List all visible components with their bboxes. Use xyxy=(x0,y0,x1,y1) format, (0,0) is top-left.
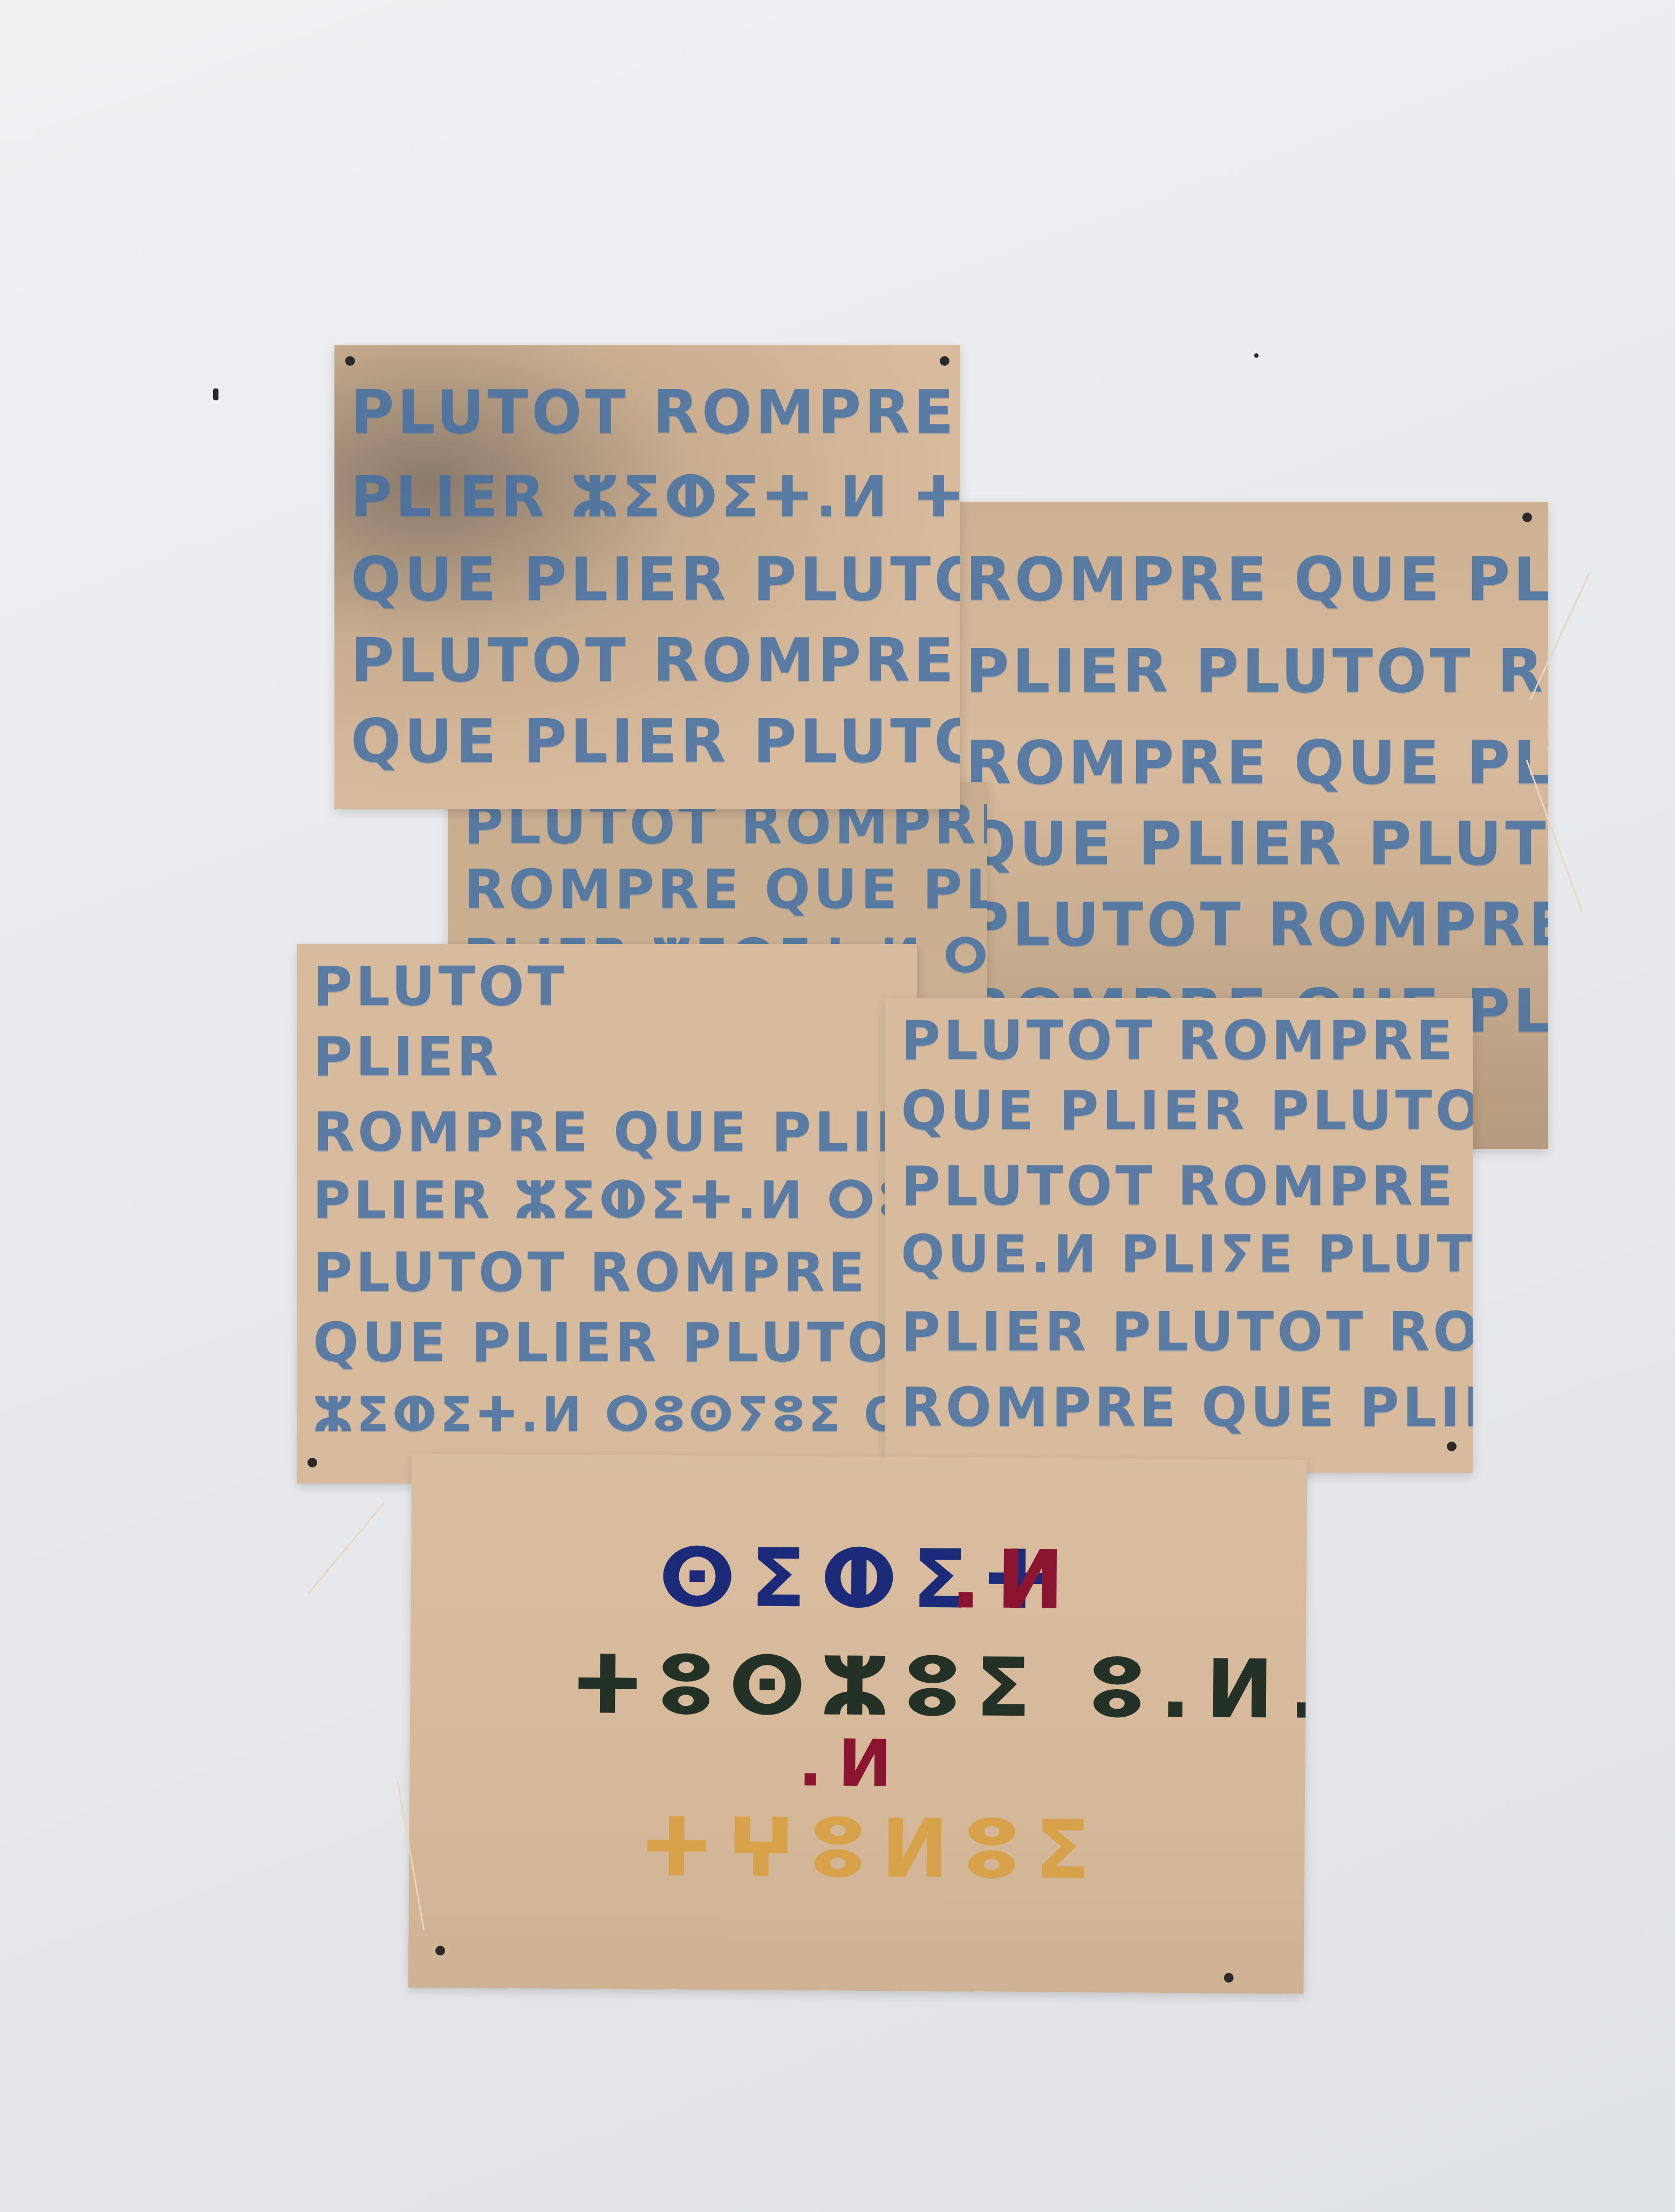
pin-icon xyxy=(1224,1973,1234,1983)
stamp-line: QUE PLIER PLUTOT xyxy=(966,809,1548,878)
fabric-panel-left: PLUTOT PLIER ROMPRE QUE PLIER PLIER ⵣⵉⵀⵉ… xyxy=(297,944,917,1484)
stamp-line: QUE PLIER PLUTOT xyxy=(351,545,960,614)
stamp-line: ROMPRE QUE PLIER xyxy=(901,1376,1473,1439)
embroidery-line-2: ⵜⵓⵙⵣⵓⵉ ⵓ.ⵍ. xyxy=(572,1638,1308,1737)
fabric-panel-bottom: ⵙⵉⵀⵉⵜ .ⵍ ⵜⵓⵙⵣⵓⵉ ⵓ.ⵍ. .ⵍ ⵜⵖⵓⵍⵓⵉ xyxy=(408,1453,1308,1994)
stamp-line: PLUTOT ROMPRE xyxy=(901,1009,1456,1072)
stamp-line: ROMPRE QUE PLIER xyxy=(966,545,1548,614)
wall-mark xyxy=(213,388,218,400)
stamp-line: ROMPRE QUE PLIER xyxy=(966,728,1548,797)
stamp-line: ROMPRE QUE PLIER xyxy=(313,1101,917,1164)
pin-icon xyxy=(435,1946,445,1956)
stamp-line: PLIER xyxy=(313,1025,502,1088)
stamp-line: PLUTOT ROMPRE QUE xyxy=(901,1155,1473,1218)
embroidery-mark-2: .ⵍ xyxy=(798,1726,907,1801)
pin-icon xyxy=(1522,513,1532,522)
stamp-line: PLUTOT xyxy=(313,955,568,1018)
stamp-line: QUE PLIER PLUTOT xyxy=(901,1079,1473,1142)
stamp-line: PLIER PLUTOT ROMPRE xyxy=(901,1300,1473,1363)
stamp-line: PLUTOT ROMPRE QUE xyxy=(313,1241,917,1304)
stamp-line-embroidered: PLIER ⵣⵉⵀⵉⵜ.ⵍ ⵔⵓⵙⵢ xyxy=(313,1171,917,1230)
stamp-line: PLUTOT ROMPRE QU xyxy=(966,890,1548,959)
pin-icon xyxy=(1447,1442,1457,1451)
pin-icon xyxy=(940,356,949,366)
stamp-line-embroidered: ⵣⵉⵀⵉⵜ.ⵍ ⵔⵓⵙⵢⵓⵉ QUE.ⵍPLIⵢE xyxy=(313,1387,917,1442)
fabric-panel-top-left: PLUTOT ROMPRE QUE PLIER ⵣⵉⵀⵉⵜ.ⵍ ⵜⵓⵙⵢ QUE… xyxy=(334,345,960,809)
stamp-line: QUE PLIER PLUTOT xyxy=(351,707,960,776)
stamp-line-embroidered: PLIER ⵣⵉⵀⵉⵜ.ⵍ ⵜⵓⵙⵢ xyxy=(351,464,960,530)
stamp-line-embroidered: QUE.ⵍ PLIⵢE PLUTOT xyxy=(901,1225,1473,1284)
embroidery-mark-1: .ⵍ xyxy=(950,1533,1079,1628)
pin-icon xyxy=(307,1458,317,1467)
stamp-line: PLUTOT ROMPRE QUE xyxy=(351,378,960,447)
stamp-line: PLIER PLUTOT ROMP xyxy=(966,637,1548,706)
fabric-panel-center-right: PLUTOT ROMPRE QUE PLIER PLUTOT PLUTOT RO… xyxy=(885,998,1473,1473)
stamp-line: ROMPRE QUE PLIER PLUTOT xyxy=(464,858,987,921)
stamp-line: QUE PLIER PLUTOT xyxy=(313,1311,917,1374)
wall-mark xyxy=(1254,353,1259,358)
stamp-line: PLUTOT ROMPRE QUE xyxy=(351,626,960,695)
pin-icon xyxy=(345,356,355,366)
embroidery-line-4: ⵜⵖⵓⵍⵓⵉ xyxy=(641,1800,1106,1897)
